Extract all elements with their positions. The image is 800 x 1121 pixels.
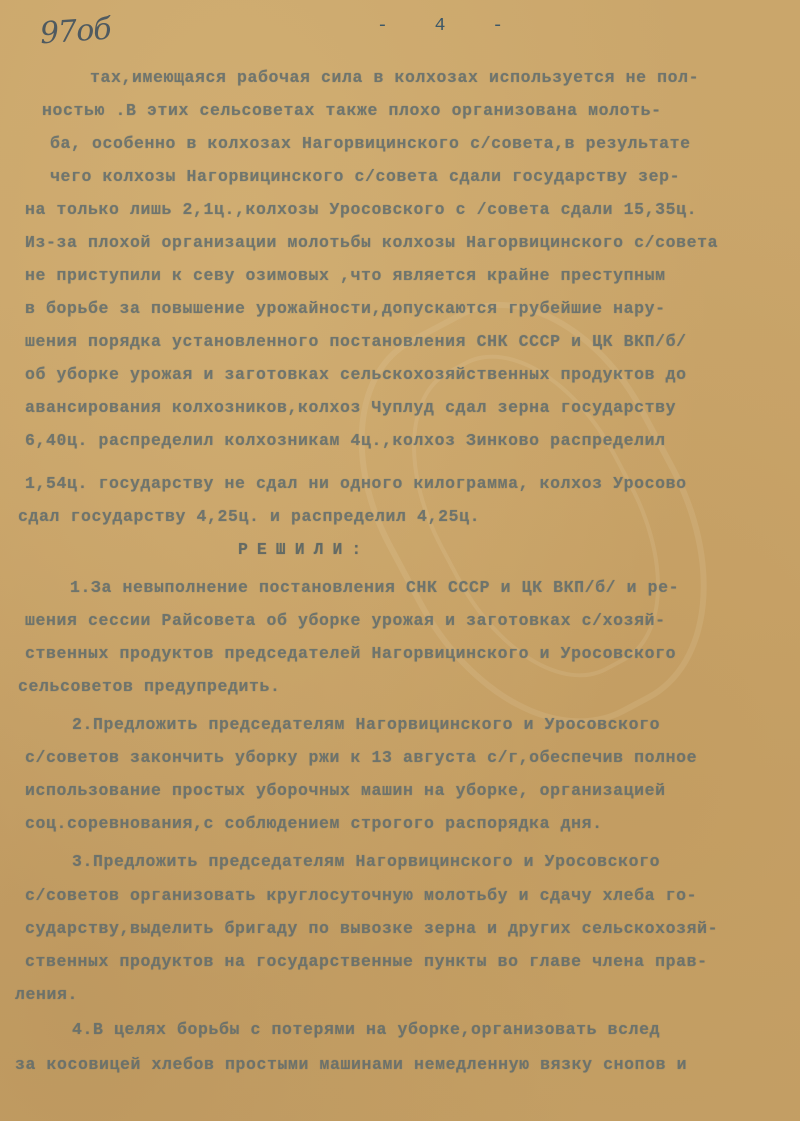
text-line: за косовицей хлебов простыми машинами не… — [15, 1055, 687, 1074]
text-line: ба, особенно в колхозах Нагорвицинского … — [50, 134, 691, 153]
document-page: 97об - 4 - тах,имеющаяся рабочая сила в … — [0, 0, 800, 1121]
text-line: 1,54ц. государству не сдал ни одного кил… — [25, 474, 687, 493]
text-line: 2.Предложить председателям Нагорвицинско… — [72, 715, 660, 734]
folio-mark: 97об — [39, 12, 112, 52]
text-line: 6,40ц. распределил колхозникам 4ц.,колхо… — [25, 431, 666, 450]
text-line: с/советов закончить уборку ржи к 13 авгу… — [25, 748, 697, 767]
text-line: об уборке урожая и заготовках сельскохоз… — [25, 365, 687, 384]
text-line: с/советов организовать круглосуточную мо… — [25, 886, 697, 905]
text-line: авансирования колхозников,колхоз Чуплуд … — [25, 398, 676, 417]
text-line: Из-за плохой организации молотьбы колхоз… — [25, 233, 718, 252]
text-line: шения сессии Райсовета об уборке урожая … — [25, 611, 666, 630]
text-line: чего колхозы Нагорвицинского с/совета сд… — [50, 167, 680, 186]
text-line: сударству,выделить бригаду по вывозке зе… — [25, 919, 718, 938]
text-line: сельсоветов предупредить. — [18, 677, 281, 696]
text-line: 3.Предложить председателям Нагорвицинско… — [72, 852, 660, 871]
text-line: ственных продуктов на государственные пу… — [25, 952, 708, 971]
text-line: соц.соревнования,с соблюдением строгого … — [25, 814, 603, 833]
text-line: не приступили к севу озимовых ,что являе… — [25, 266, 666, 285]
text-line: на только лишь 2,1ц.,колхозы Уросовского… — [25, 200, 697, 219]
text-line: ностью .В этих сельсоветах также плохо о… — [42, 101, 662, 120]
text-line: ления. — [15, 985, 78, 1004]
text-line: шения порядка установленного постановлен… — [25, 332, 687, 351]
text-line: 1.За невыполнение постановления СНК СССР… — [70, 578, 679, 597]
text-line: сдал государству 4,25ц. и распределил 4,… — [18, 507, 480, 526]
text-line: тах,имеющаяся рабочая сила в колхозах ис… — [90, 68, 699, 87]
page-number: - 4 - — [377, 16, 521, 36]
text-line: в борьбе за повышение урожайности,допуск… — [25, 299, 666, 318]
text-line: использование простых уборочных машин на… — [25, 781, 666, 800]
text-line: 4.В целях борьбы с потерями на уборке,ор… — [72, 1020, 660, 1039]
text-line: ственных продуктов председателей Нагорви… — [25, 644, 676, 663]
resolution-heading: РЕШИЛИ: — [238, 540, 370, 559]
